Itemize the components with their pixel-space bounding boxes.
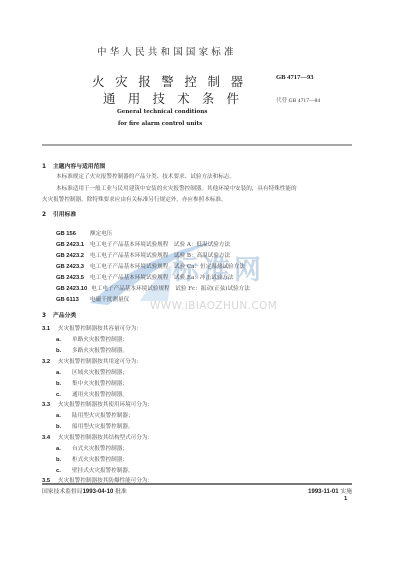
section-2-heading: 2引用标准 [42, 209, 76, 218]
clause-3-4: 3.4火灾报警控制器按其结构型式可分为： [42, 433, 153, 441]
clause-3-1: 3.1火灾报警控制器按其容量可分为： [42, 324, 142, 332]
section-1-heading: 1主题内容与适用范围 [42, 161, 105, 170]
national-standard-title: 中华人民共和国国家标准 [97, 44, 237, 58]
footer-divider [42, 483, 352, 485]
english-title-line1: General technical conditions [117, 109, 207, 115]
section-1-para1: 本标准规定了火灾报警控制器的产品分类、技术要求、试验方法和标志。 [56, 172, 235, 180]
section-1-para2-line2: 火灾报警控制器，除特殊要求应由有关标准另行规定外，亦应参照本标准。 [42, 195, 227, 203]
clause-item: b.船用型火灾报警控制器。 [56, 422, 134, 430]
clause-item: a.陆用型火灾报警控制器； [56, 411, 134, 419]
header-divider [42, 144, 352, 146]
reference-item: GB 2423.5电工电子产品基本环境试验规程 试验 Ea：冲击试验方法 [56, 273, 233, 281]
reference-item: GB 2423.3电工电子产品基本环境试验规程 试验 Ca：恒定湿热试验方法 [56, 262, 245, 270]
section-1-para2-line1: 本标准适用于一般工业与民用建筑中安装的火灾报警控制器。其他环境中安装的，具有特殊… [56, 184, 297, 192]
clause-3-2: 3.2火灾报警控制器按其用途可分为： [42, 357, 142, 365]
approval-line: 国家技术监督局1993-04-10 批准 [42, 486, 127, 495]
section-3-heading: 3产品分类 [42, 310, 76, 319]
clause-item: c.壁挂式火灾报警控制器。 [56, 466, 134, 474]
reference-item: GB 2423.2电工电子产品基本环境试验规程 试验 B：高温试验方法 [56, 251, 230, 259]
reference-item: GB 2423.1电工电子产品基本环境试验规程 试验 A：低温试验方法 [56, 240, 230, 248]
watermark-url: WWW.iBIAOZHUN.COM [150, 300, 277, 312]
standard-code: GB 4717—93 [276, 74, 314, 81]
clause-item: a.台式火灾报警控制器； [56, 444, 128, 452]
approval-date: 1993-04-10 [83, 489, 114, 495]
reference-item: GB 2423.10电工电子产品基本环境试验规程 试验 Fc：振动(正弦)试验方… [56, 284, 250, 292]
replaces-label: 代替 [276, 98, 287, 104]
clause-item: c.通用火灾报警控制器。 [56, 390, 128, 398]
document-title-line1: 火灾报警控制器 [92, 72, 254, 90]
clause-item: b.集中火灾报警控制器； [56, 379, 128, 387]
clause-item: b.多路火灾报警控制器。 [56, 346, 128, 354]
replaces-standard: 代替 GB 4717—84 [276, 96, 320, 104]
reference-item: GB 156额定电压 [56, 229, 112, 237]
implementation-date: 1993-11-01 [308, 489, 338, 495]
document-title-line2: 通用技术条件 [103, 89, 251, 107]
clause-3-3: 3.3火灾报警控制器按其使用环境可分为： [42, 400, 153, 408]
replaces-code: GB 4717—84 [289, 98, 321, 104]
page-number: 1 [344, 496, 347, 502]
clause-item: a.单路火灾报警控制器； [56, 335, 128, 343]
reference-item: GB 6113电磁干扰测量仪 [56, 295, 129, 303]
clause-item: a.区域火灾报警控制器； [56, 368, 128, 376]
clause-item: b.柜式火灾报警控制器； [56, 455, 128, 463]
implementation-line: 1993-11-01 实施 [308, 486, 352, 495]
english-title-line2: for fire alarm control units [118, 121, 202, 127]
